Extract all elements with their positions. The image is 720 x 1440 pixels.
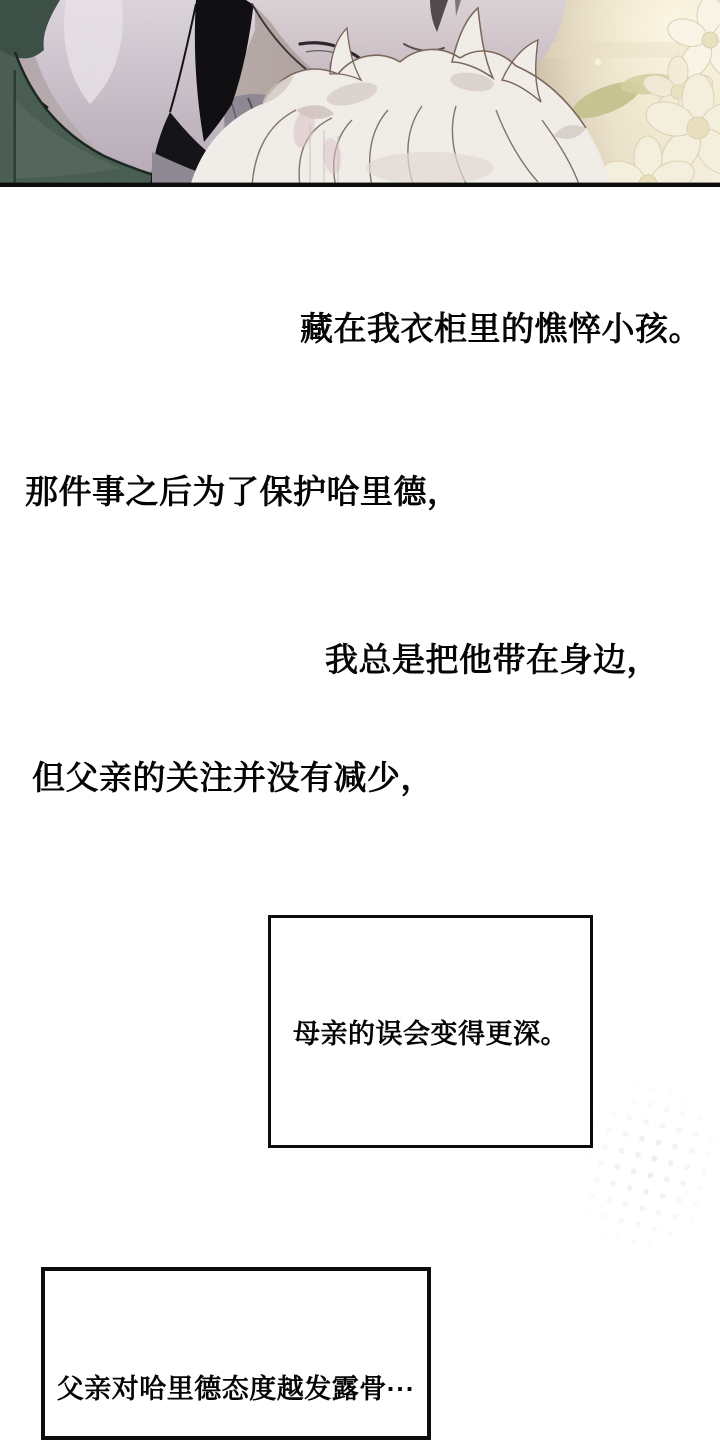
artwork-grain: [0, 0, 720, 187]
artwork-panel: [0, 0, 720, 187]
caption-text-mother: 母亲的误会变得更深。: [293, 1012, 568, 1051]
panel-bottom-border: [0, 183, 720, 187]
caption-box-father: 父亲对哈里德态度越发露骨···: [41, 1267, 431, 1440]
narration-line-2: 那件事之后为了保护哈里德，: [25, 473, 461, 511]
webtoon-page: 藏在我衣柜里的憔悴小孩。 那件事之后为了保护哈里德， 我总是把他带在身边， 但父…: [0, 0, 720, 1440]
artwork-illustration: [0, 0, 720, 187]
narration-line-3: 我总是把他带在身边，: [325, 641, 660, 679]
caption-box-mother: 母亲的误会变得更深。: [268, 915, 593, 1148]
caption-text-father: 父亲对哈里德态度越发露骨···: [45, 1367, 427, 1406]
narration-line-4: 但父亲的关注并没有减少，: [32, 759, 434, 797]
narration-line-1: 藏在我衣柜里的憔悴小孩。: [300, 310, 702, 348]
